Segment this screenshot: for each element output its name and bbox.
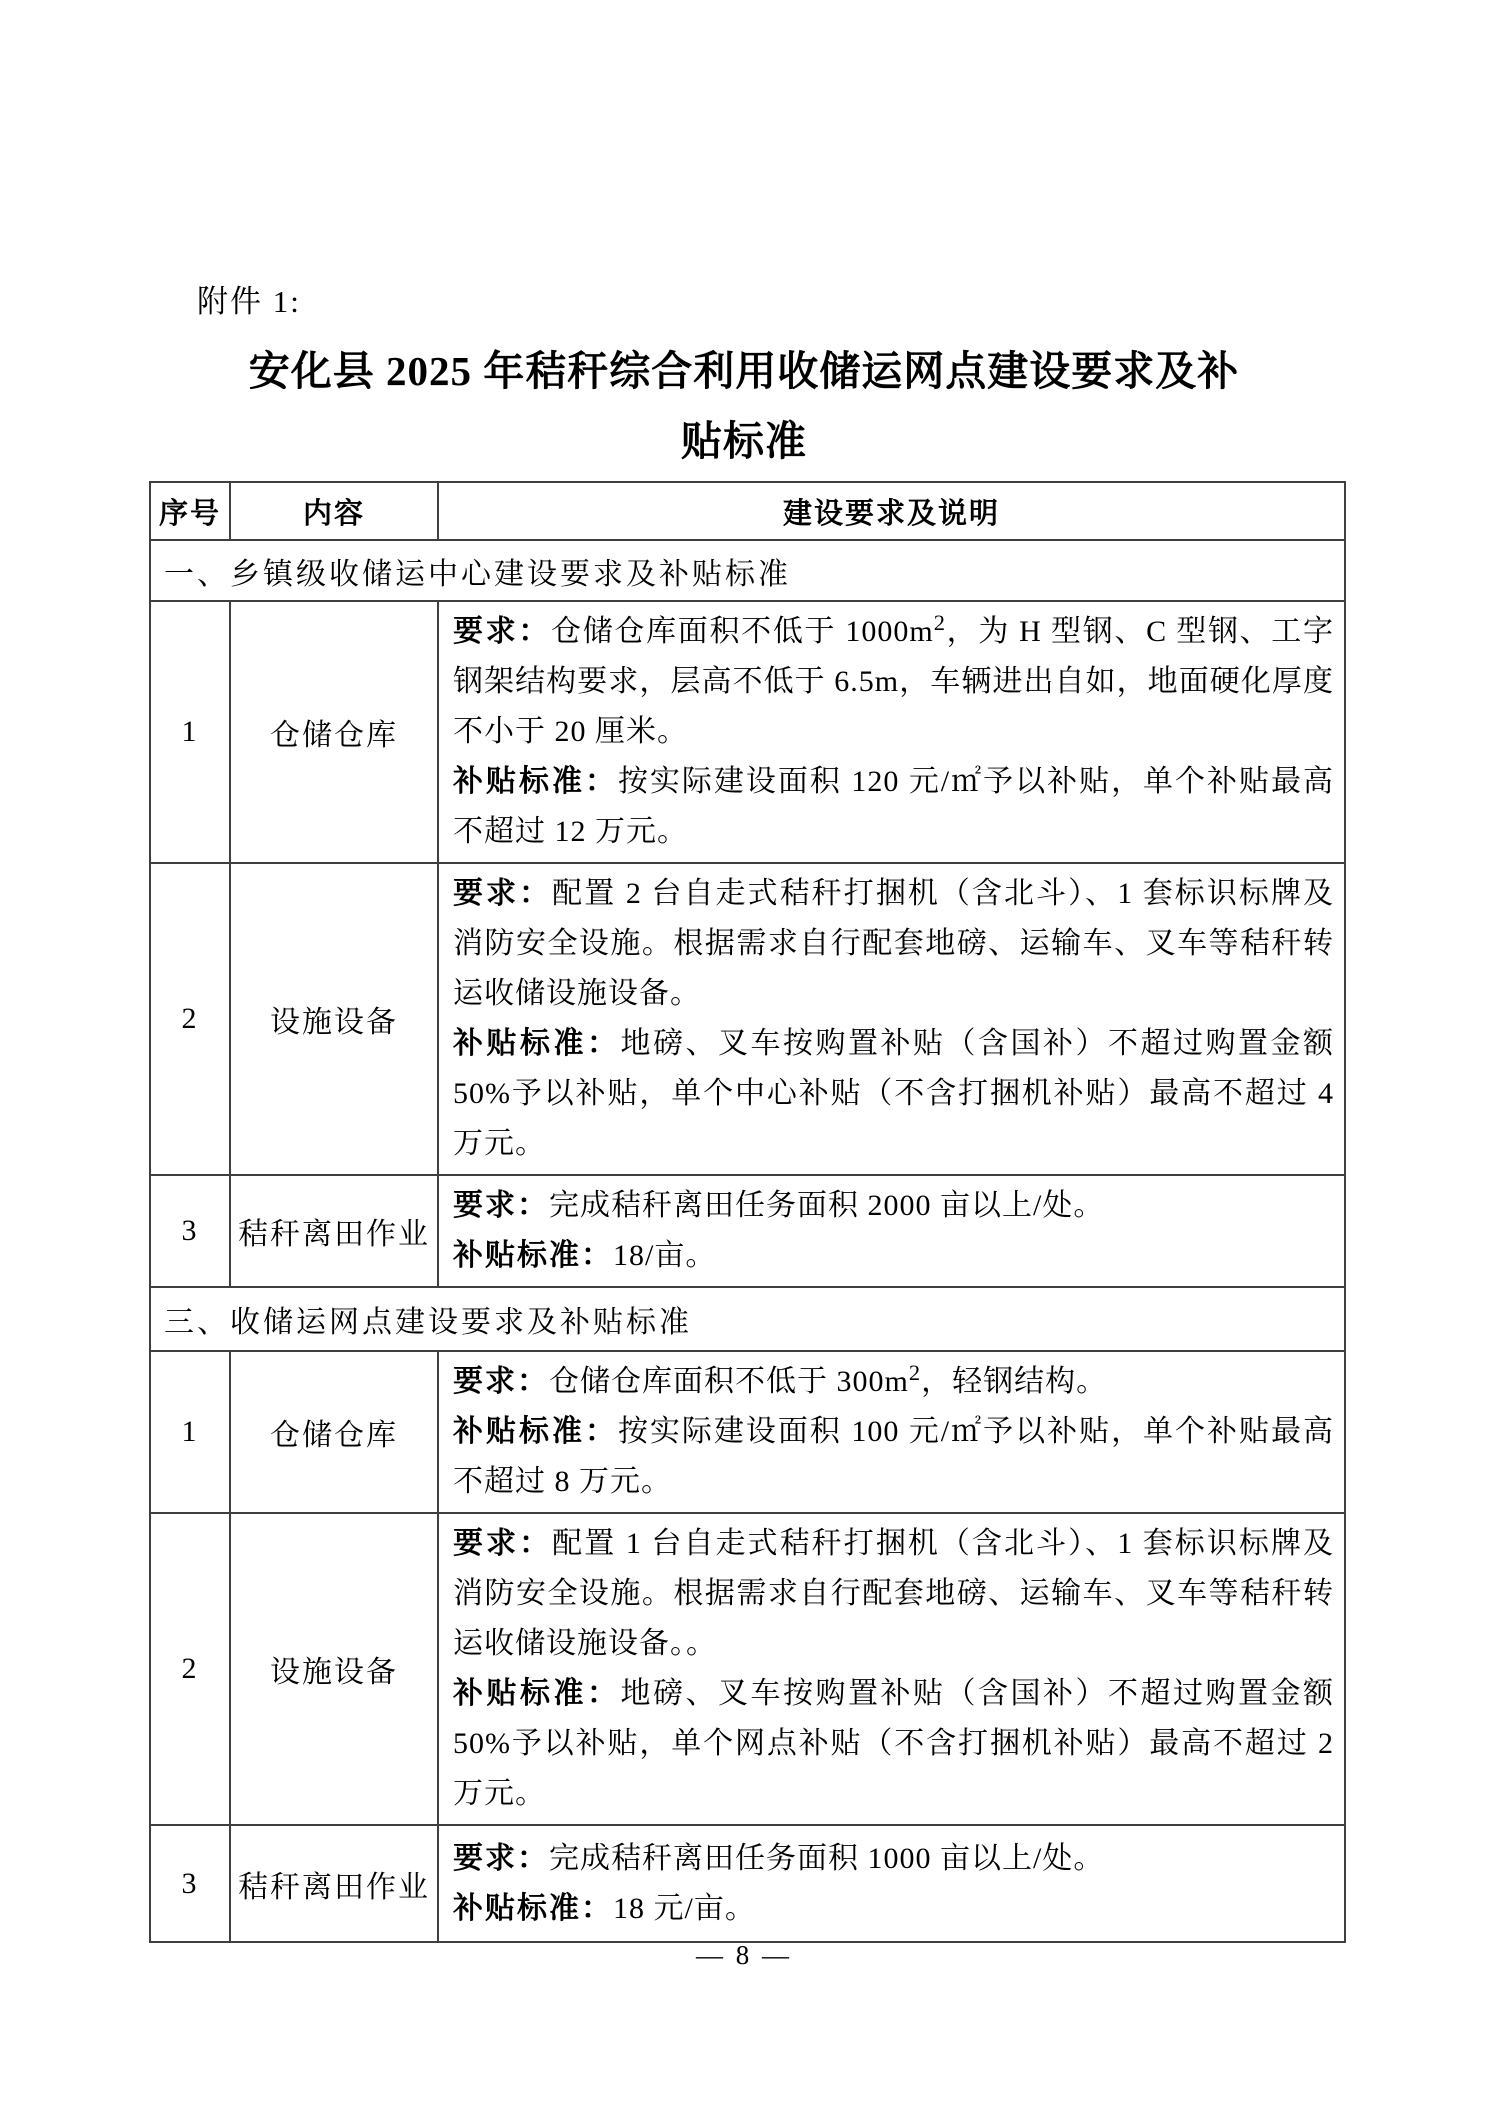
detail-text: 完成秸秆离田任务面积 2000 亩以上/处。 [549,1189,1104,1222]
detail-paragraph: 要求：仓储仓库面积不低于 1000m2，为 H 型钢、C 型钢、工字钢架结构要求… [453,607,1334,757]
section-heading: 三、收储运网点建设要求及补贴标准 [150,1287,1345,1351]
row-content: 仓储仓库 [230,601,438,863]
table-row: 2设施设备要求：配置 1 台自走式秸秆打捆机（含北斗）、1 套标识标牌及消防安全… [150,1513,1345,1825]
row-content: 仓储仓库 [230,1351,438,1513]
detail-label: 补贴标准： [453,1677,621,1710]
page-title-line-2: 贴标准 [0,406,1488,476]
detail-paragraph: 补贴标准：地磅、叉车按购置补贴（含国补）不超过购置金额 50%予以补贴，单个中心… [453,1019,1334,1169]
detail-paragraph: 要求：完成秸秆离田任务面积 2000 亩以上/处。 [453,1181,1334,1231]
detail-text: 18 元/亩。 [613,1892,756,1925]
row-details: 要求：配置 1 台自走式秸秆打捆机（含北斗）、1 套标识标牌及消防安全设施。根据… [438,1513,1345,1825]
detail-label: 补贴标准： [453,765,618,798]
table-row: 1仓储仓库要求：仓储仓库面积不低于 300m2，轻钢结构。补贴标准：按实际建设面… [150,1351,1345,1513]
detail-label: 补贴标准： [453,1892,613,1925]
detail-label: 补贴标准： [453,1027,621,1060]
section-heading: 一、乡镇级收储运中心建设要求及补贴标准 [150,540,1345,601]
table-row: 3秸秆离田作业要求：完成秸秆离田任务面积 2000 亩以上/处。补贴标准：18/… [150,1175,1345,1287]
detail-label: 要求： [453,615,551,648]
detail-text: 18/亩。 [613,1239,716,1272]
detail-text: 完成秸秆离田任务面积 1000 亩以上/处。 [549,1842,1104,1875]
detail-label: 要求： [453,1365,549,1398]
table-row: 1仓储仓库要求：仓储仓库面积不低于 1000m2，为 H 型钢、C 型钢、工字钢… [150,601,1345,863]
detail-paragraph: 补贴标准：18/亩。 [453,1231,1334,1281]
detail-label: 要求： [453,877,552,910]
row-number: 1 [150,1351,230,1513]
row-details: 要求：完成秸秆离田任务面积 2000 亩以上/处。补贴标准：18/亩。 [438,1175,1345,1287]
page-number: — 8 — [0,1940,1488,1971]
detail-text: 配置 2 台自走式秸秆打捆机（含北斗）、1 套标识标牌及消防安全设施。根据需求自… [453,877,1334,1010]
requirements-table: 序号 内容 建设要求及说明 一、乡镇级收储运中心建设要求及补贴标准1仓储仓库要求… [149,481,1346,1943]
row-details: 要求：配置 2 台自走式秸秆打捆机（含北斗）、1 套标识标牌及消防安全设施。根据… [438,863,1345,1175]
detail-paragraph: 要求：完成秸秆离田任务面积 1000 亩以上/处。 [453,1834,1334,1884]
detail-paragraph: 补贴标准：18 元/亩。 [453,1884,1334,1934]
attachment-label: 附件 1: [197,276,301,321]
document-page: 附件 1: 安化县 2025 年秸秆综合利用收储运网点建设要求及补 贴标准 序号… [0,0,1488,2104]
section-heading-row: 三、收储运网点建设要求及补贴标准 [150,1287,1345,1351]
page-title-line-1: 安化县 2025 年秸秆综合利用收储运网点建设要求及补 [0,336,1488,406]
detail-text: 2 [934,610,946,635]
row-number: 3 [150,1175,230,1287]
row-details: 要求：仓储仓库面积不低于 1000m2，为 H 型钢、C 型钢、工字钢架结构要求… [438,601,1345,863]
row-content: 设施设备 [230,1513,438,1825]
row-content: 设施设备 [230,863,438,1175]
table-header-row: 序号 内容 建设要求及说明 [150,482,1345,540]
detail-text: ，轻钢结构。 [921,1365,1107,1398]
row-number: 1 [150,601,230,863]
table-row: 2设施设备要求：配置 2 台自走式秸秆打捆机（含北斗）、1 套标识标牌及消防安全… [150,863,1345,1175]
detail-text: 仓储仓库面积不低于 300m [549,1365,909,1398]
row-content: 秸秆离田作业 [230,1825,438,1942]
row-number: 2 [150,863,230,1175]
detail-label: 要求： [453,1842,549,1875]
row-content: 秸秆离田作业 [230,1175,438,1287]
detail-paragraph: 要求：配置 1 台自走式秸秆打捆机（含北斗）、1 套标识标牌及消防安全设施。根据… [453,1519,1334,1669]
detail-paragraph: 补贴标准：按实际建设面积 120 元/㎡予以补贴，单个补贴最高不超过 12 万元… [453,757,1334,857]
section-heading-row: 一、乡镇级收储运中心建设要求及补贴标准 [150,540,1345,601]
detail-paragraph: 要求：仓储仓库面积不低于 300m2，轻钢结构。 [453,1357,1334,1407]
detail-paragraph: 要求：配置 2 台自走式秸秆打捆机（含北斗）、1 套标识标牌及消防安全设施。根据… [453,869,1334,1019]
row-details: 要求：仓储仓库面积不低于 300m2，轻钢结构。补贴标准：按实际建设面积 100… [438,1351,1345,1513]
row-details: 要求：完成秸秆离田任务面积 1000 亩以上/处。补贴标准：18 元/亩。 [438,1825,1345,1942]
row-number: 3 [150,1825,230,1942]
detail-paragraph: 补贴标准：地磅、叉车按购置补贴（含国补）不超过购置金额 50%予以补贴，单个网点… [453,1669,1334,1819]
column-header-details: 建设要求及说明 [438,482,1345,540]
page-title: 安化县 2025 年秸秆综合利用收储运网点建设要求及补 贴标准 [0,336,1488,476]
detail-text: 2 [909,1360,921,1385]
row-number: 2 [150,1513,230,1825]
column-header-no: 序号 [150,482,230,540]
detail-label: 要求： [453,1527,552,1560]
detail-paragraph: 补贴标准：按实际建设面积 100 元/㎡予以补贴，单个补贴最高不超过 8 万元。 [453,1407,1334,1507]
detail-label: 补贴标准： [453,1239,613,1272]
detail-text: 仓储仓库面积不低于 1000m [551,615,934,648]
column-header-content: 内容 [230,482,438,540]
detail-label: 要求： [453,1189,549,1222]
detail-label: 补贴标准： [453,1415,618,1448]
detail-text: 配置 1 台自走式秸秆打捆机（含北斗）、1 套标识标牌及消防安全设施。根据需求自… [453,1527,1334,1660]
table-row: 3秸秆离田作业要求：完成秸秆离田任务面积 1000 亩以上/处。补贴标准：18 … [150,1825,1345,1942]
